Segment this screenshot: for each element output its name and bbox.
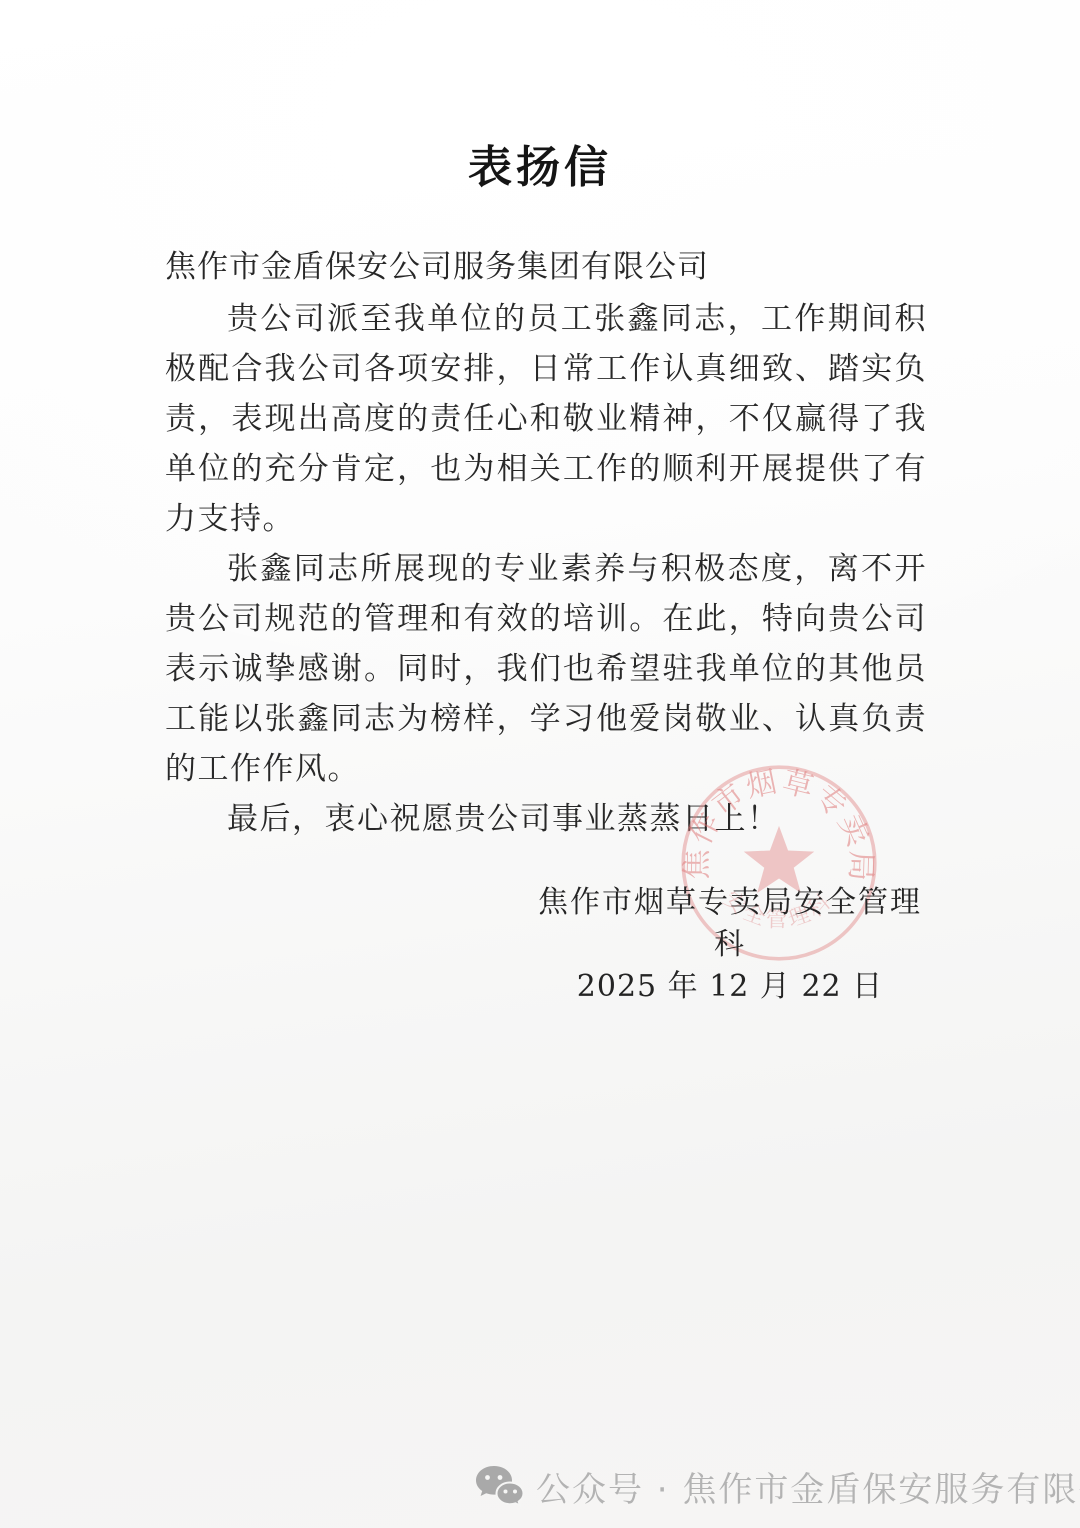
salutation-line: 焦作市金盾保安公司服务集团有限公司 [165, 247, 927, 287]
paragraph-1: 贵公司派至我单位的员工张鑫同志，工作期间积极配合我公司各项安排，日常工作认真细致… [165, 294, 927, 544]
letter-body: 焦作市金盾保安公司服务集团有限公司 贵公司派至我单位的员工张鑫同志，工作期间积极… [165, 247, 927, 844]
watermark-text: 公众号 · 焦作市金盾保安服务有限公司 [536, 1462, 1080, 1511]
paragraph-2: 张鑫同志所展现的专业素养与积极态度，离不开贵公司规范的管理和有效的培训。在此，特… [165, 544, 927, 794]
signature-org: 焦作市烟草专卖局安全管理科 [530, 882, 930, 966]
signature-block: 焦作市烟草专卖局安全管理科 2025 年 12 月 22 日 [530, 882, 930, 1008]
signature-date: 2025 年 12 月 22 日 [530, 966, 930, 1008]
letter-page: 表扬信 焦作市金盾保安公司服务集团有限公司 贵公司派至我单位的员工张鑫同志，工作… [0, 0, 1080, 1528]
watermark-footer: 公众号 · 焦作市金盾保安服务有限公司 [474, 1462, 1080, 1511]
letter-title: 表扬信 [0, 131, 1080, 195]
wechat-icon [474, 1464, 524, 1510]
